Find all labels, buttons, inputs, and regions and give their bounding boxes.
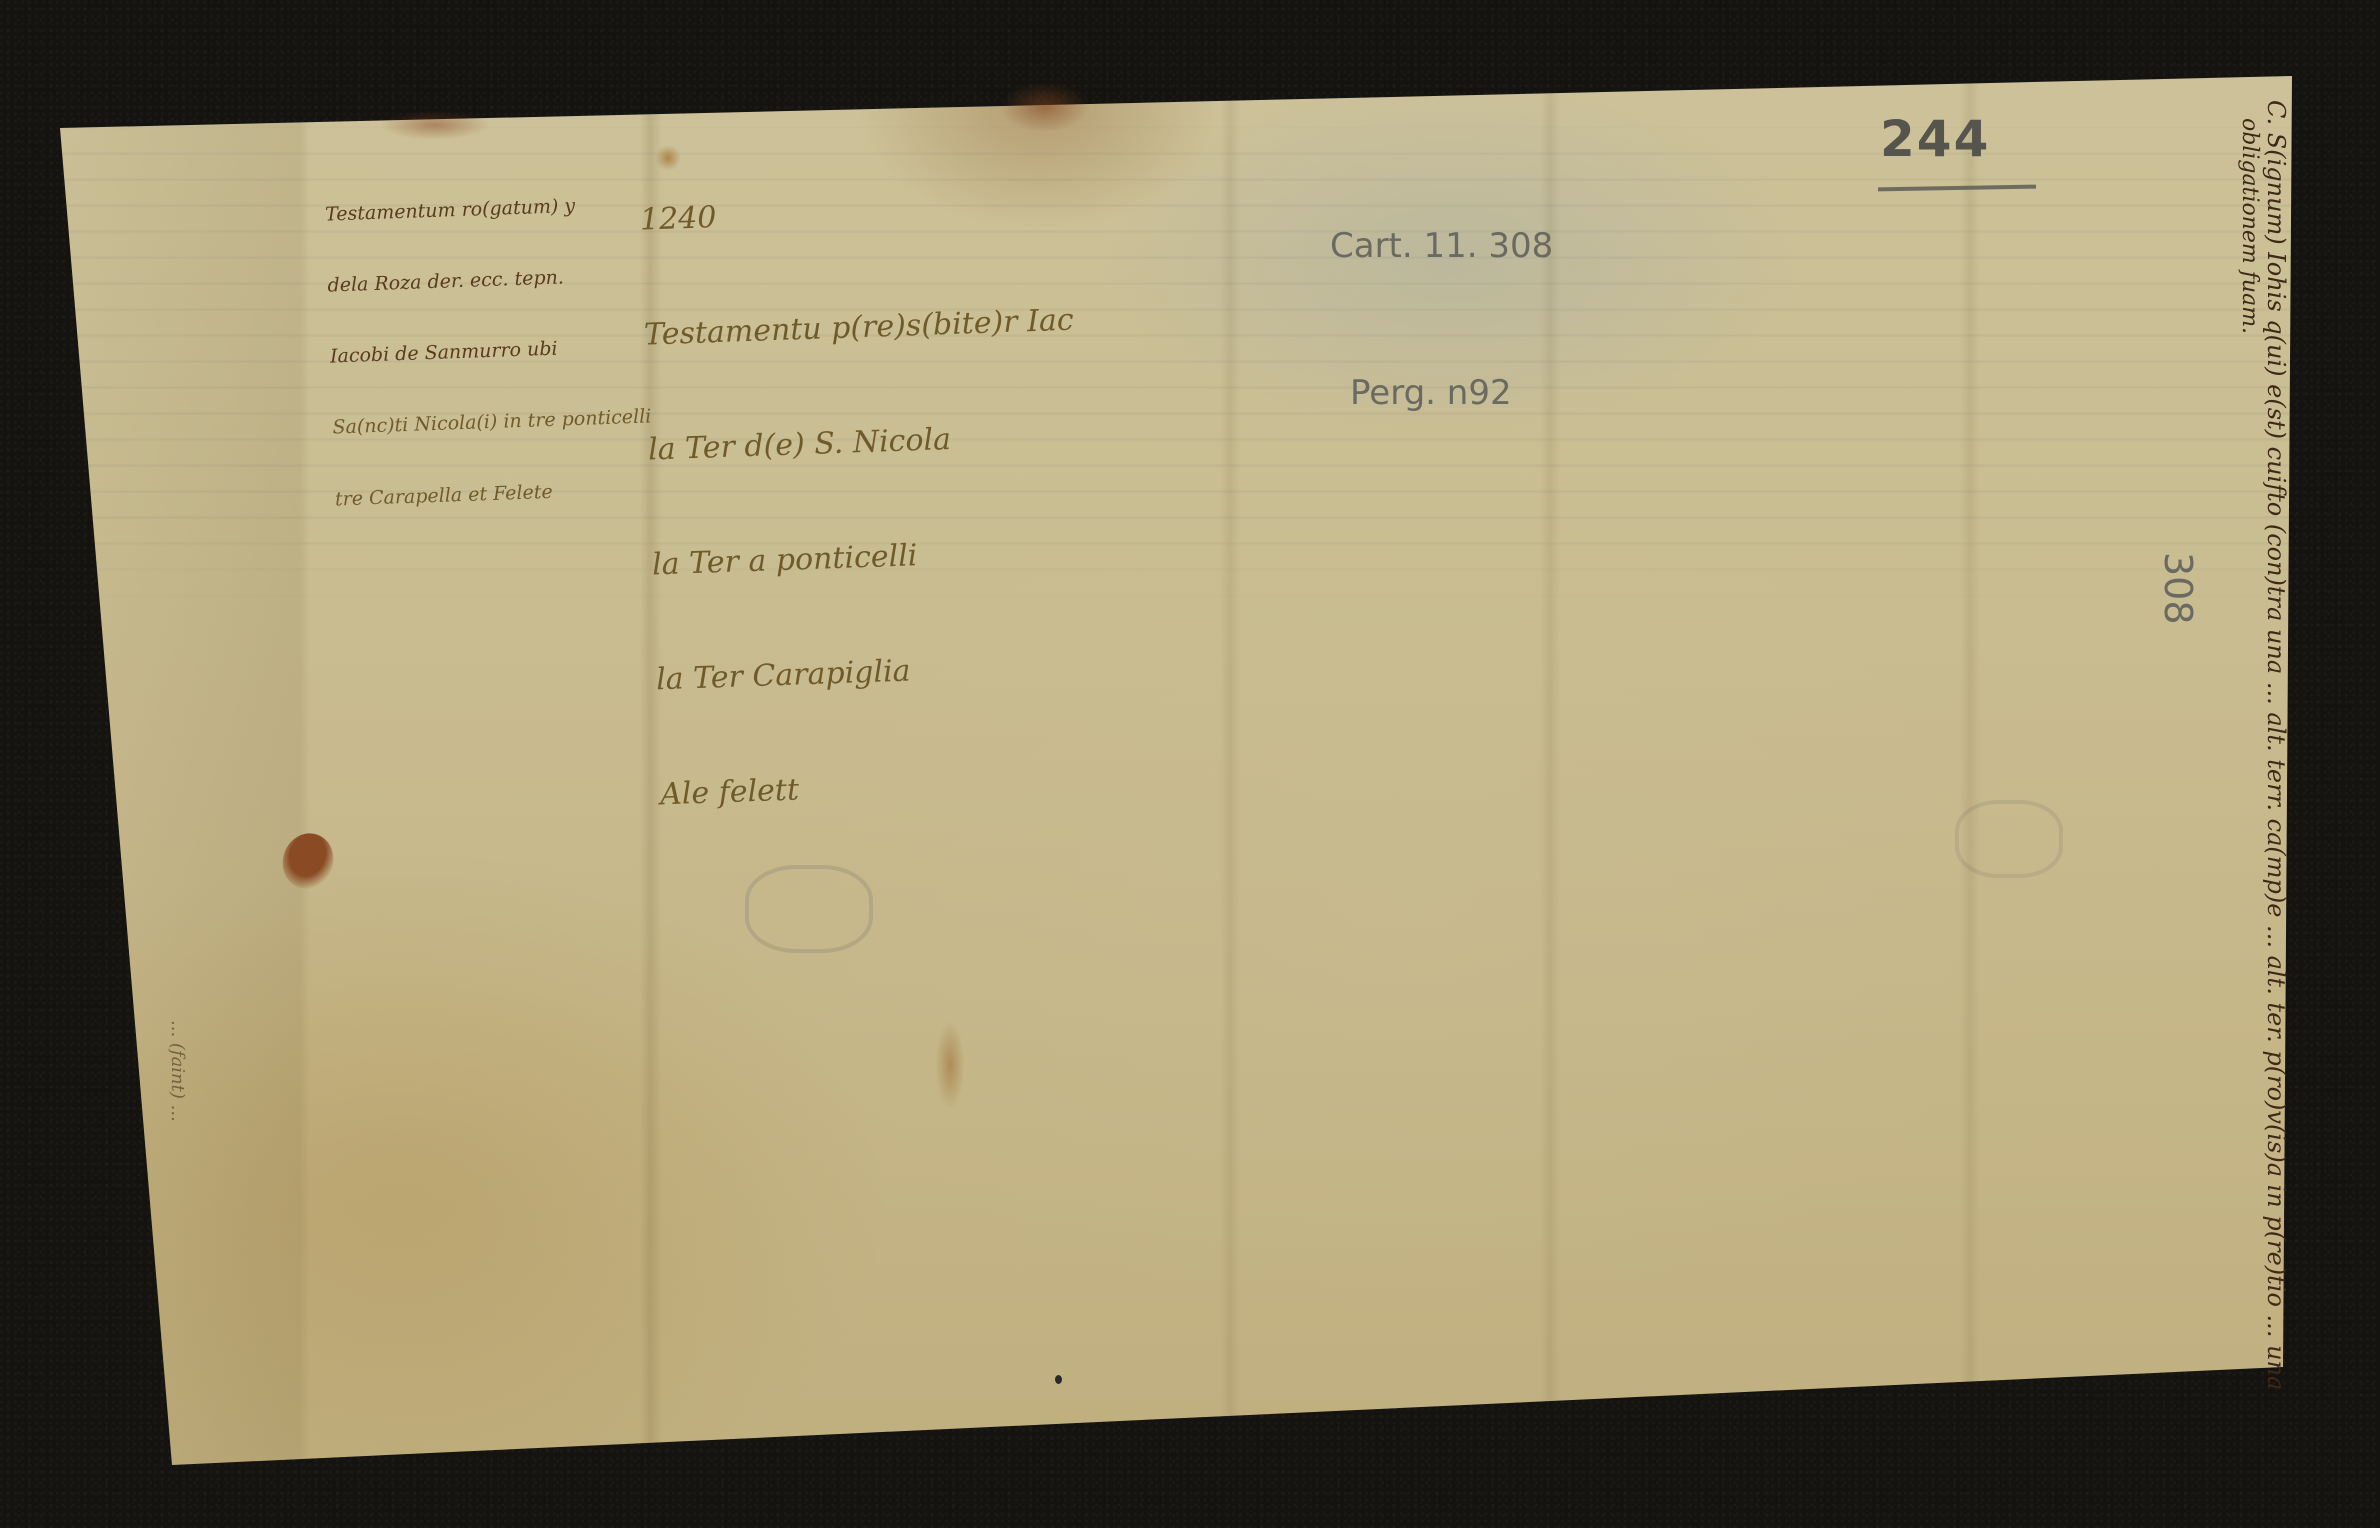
note-line: dela Roza der. ecc. tepn.: [327, 263, 647, 298]
note-line: Testamentum ro(gatum) y: [325, 192, 645, 227]
note-year: 1240: [639, 186, 1070, 241]
note-line: la Ter Carapiglia: [655, 645, 1086, 700]
cartulary-reference: Cart. 11. 308: [1330, 215, 1553, 277]
note-line: tre Carapella et Felete: [335, 477, 655, 512]
seal-show-through: [1955, 800, 2063, 878]
note-line: Ale felett: [659, 760, 1090, 815]
margin-note-right-line1: C. S(ignum) Iohis q(ui) e(st) cuifto (co…: [2262, 100, 2290, 1390]
note-line: la Ter d(e) S. Nicola: [647, 416, 1078, 471]
folio-number: 244: [1880, 110, 1990, 168]
note-line: Iacobi de Sanmurro ubi: [330, 334, 650, 369]
endorsement-note-left: Testamentum ro(gatum) y dela Roza der. e…: [323, 145, 656, 560]
note-line: Testamentu p(re)s(bite)r Iac: [643, 301, 1074, 356]
parchment-hole: [1055, 1375, 1062, 1384]
scan-stage: Testamentum ro(gatum) y dela Roza der. e…: [0, 0, 2380, 1528]
margin-note-left: ... (faint) ...: [167, 1020, 188, 1122]
stain: [935, 1020, 965, 1110]
endorsement-note-center: 1240 Testamentu p(re)s(bite)r Iac la Ter…: [637, 111, 1093, 891]
stain: [380, 110, 490, 140]
parchment-number: Perg. n92: [1330, 362, 1553, 424]
note-line: la Ter a ponticelli: [651, 530, 1082, 585]
note-line: Sa(nc)ti Nicola(i) in tre ponticelli: [332, 406, 652, 441]
archival-reference: Cart. 11. 308 Perg. n92: [1330, 130, 1553, 509]
margin-note-right-line2: obligationem fuam.: [2237, 118, 2262, 334]
shelf-number-vertical: 308: [2156, 552, 2200, 625]
